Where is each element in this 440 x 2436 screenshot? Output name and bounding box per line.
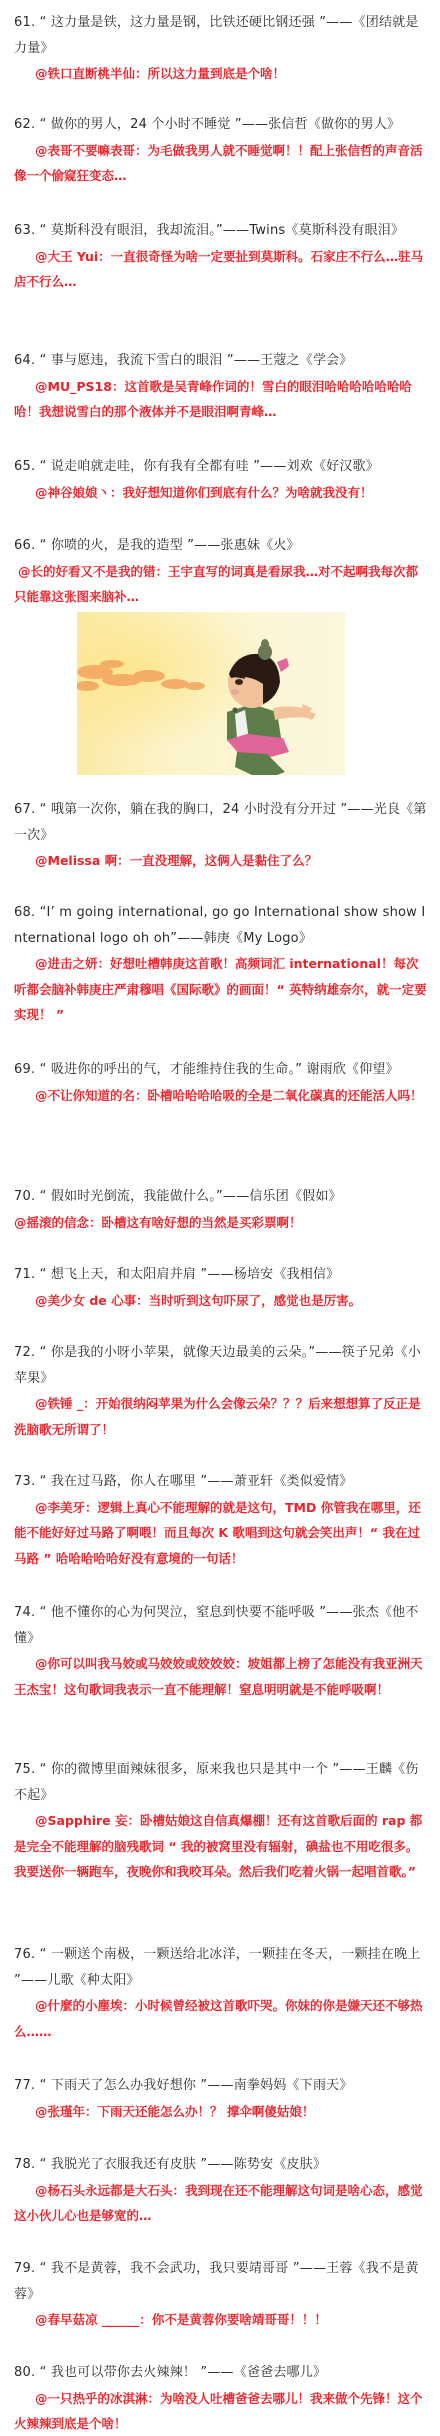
lyric-quote: 76. “ 一颗送个南极，一颗送给北冰洋，一颗挂在冬天，一颗挂在晚上 ”——儿歌… (14, 1942, 430, 1993)
lyric-entry-76: 76. “ 一颗送个南极，一颗送给北冰洋，一颗挂在冬天，一颗挂在晚上 ”——儿歌… (14, 1942, 430, 2044)
quote-text: “ 你是我的小呀小苹果，就像天边最美的云朵。”——筷子兄弟《小苹果》 (14, 1345, 421, 1386)
entry-number: 73. (14, 1474, 35, 1489)
lyric-quote: 72. “ 你是我的小呀小苹果，就像天边最美的云朵。”——筷子兄弟《小苹果》 (14, 1340, 430, 1391)
quote-text: “ 我不是黄蓉，我不会武功，我只要靖哥哥 ”——王蓉《我不是黄蓉》 (14, 2261, 419, 2302)
user-comment: @神谷娘娘丶：我好想知道你们到底有什么？为啥就我没有！ (14, 480, 430, 506)
lyric-entry-70: 70. “ 假如时光倒流，我能做什么。”——信乐团《假如》 @摇滚的信念：卧槽这… (14, 1184, 430, 1235)
user-comment: @铁锤 _：开始很纳闷苹果为什么会像云朵？？？后来想想算了反正是洗脑歌无所谓了！ (14, 1391, 430, 1442)
entry-number: 70. (14, 1189, 35, 1204)
entry-number: 75. (14, 1762, 35, 1777)
quote-text: “ 想飞上天，和太阳肩并肩 ”——杨培安《我相信》 (40, 1267, 340, 1282)
user-comment: @杨石头永远都是大石头：我到现在还不能理解这句词是啥心态，感觉这小伙儿心也是够宽… (14, 2178, 430, 2229)
quote-text: “ 做你的男人，24 个小时不睡觉 ”——张信哲《做你的男人》 (40, 117, 401, 132)
user-comment: @摇滚的信念：卧槽这有啥好想的当然是买彩票啊！ (14, 1210, 430, 1236)
entry-number: 65. (14, 459, 35, 474)
entry-number: 68. (14, 905, 35, 920)
lyric-entry-67: 67. “ 哦第一次你，躺在我的胸口，24 小时没有分开过 ”——光良《第一次》… (14, 797, 430, 874)
entry-number: 66. (14, 538, 35, 553)
quote-text: “ 事与愿违，我流下雪白的眼泪 ”——王蔻之《学会》 (40, 353, 353, 368)
user-comment: @MU_PS18：这首歌是吴青峰作词的！雪白的眼泪哈哈哈哈哈哈哈哈！我想说雪白的… (14, 374, 430, 425)
lyric-quote: 71. “ 想飞上天，和太阳肩并肩 ”——杨培安《我相信》 (14, 1262, 430, 1288)
quote-text: “ 这力量是铁，这力量是钢，比铁还硬比钢还强 ”——《团结就是力量》 (14, 15, 419, 56)
lyric-entry-65: 65. “ 说走咱就走哇，你有我有全都有哇 ”——刘欢《好汉歌》 @神谷娘娘丶：… (14, 454, 430, 505)
lyric-quote: 74. “ 他不懂你的心为何哭泣，窒息到快要不能呼吸 ”——张杰《他不懂》 (14, 1600, 430, 1651)
lyric-entry-66: 66. “ 你喷的火，是我的造型 ”——张惠妹《火》 @长的好看又不是我的错：王… (14, 533, 430, 610)
lyric-quote: 62. “ 做你的男人，24 个小时不睡觉 ”——张信哲《做你的男人》 (14, 112, 430, 138)
lyric-quote: 75. “ 你的微博里面辣妹很多，原来我也只是其中一个 ”——王麟《伤不起》 (14, 1757, 430, 1808)
quote-text: “I’ m going international, go go Interna… (14, 905, 425, 946)
quote-text: “ 说走咱就走哇，你有我有全都有哇 ”——刘欢《好汉歌》 (40, 459, 379, 474)
entry-number: 79. (14, 2261, 35, 2276)
entry-number: 62. (14, 117, 35, 132)
lyric-entry-68: 68. “I’ m going international, go go Int… (14, 900, 430, 1028)
lyric-quote: 80. “ 我也可以带你去火辣辣！ ”——《爸爸去哪儿》 (14, 2360, 430, 2386)
user-comment: @长的好看又不是我的错：王宇直写的词真是看尿我…对不起啊我每次都只能靠这张图来脑… (14, 559, 430, 610)
entry-number: 77. (14, 2078, 35, 2093)
entry-number: 74. (14, 1605, 35, 1620)
lyric-quote: 65. “ 说走咱就走哇，你有我有全都有哇 ”——刘欢《好汉歌》 (14, 454, 430, 480)
lyric-entry-74: 74. “ 他不懂你的心为何哭泣，窒息到快要不能呼吸 ”——张杰《他不懂》 @你… (14, 1600, 430, 1702)
lyric-entry-64: 64. “ 事与愿违，我流下雪白的眼泪 ”——王蔻之《学会》 @MU_PS18：… (14, 348, 430, 425)
lyric-entry-75: 75. “ 你的微博里面辣妹很多，原来我也只是其中一个 ”——王麟《伤不起》 @… (14, 1757, 430, 1885)
entry-number: 78. (14, 2157, 35, 2172)
lyric-quote: 78. “ 我脱光了衣服我还有皮肤 ”——陈势安《皮肤》 (14, 2152, 430, 2178)
lyric-entry-80: 80. “ 我也可以带你去火辣辣！ ”——《爸爸去哪儿》 @一只热乎的冰淇淋：为… (14, 2360, 430, 2436)
lyric-quote: 63. “ 莫斯科没有眼泪，我却流泪。”——Twins《莫斯科没有眼泪》 (14, 218, 430, 244)
quote-text: “ 下雨天了怎么办我好想你 ”——南拳妈妈《下雨天》 (40, 2078, 353, 2093)
lyric-entry-77: 77. “ 下雨天了怎么办我好想你 ”——南拳妈妈《下雨天》 @张瑾年：下雨天还… (14, 2073, 430, 2124)
calabash-brother-fire-image (77, 612, 345, 775)
lyric-entry-63: 63. “ 莫斯科没有眼泪，我却流泪。”——Twins《莫斯科没有眼泪》 @大王… (14, 218, 430, 295)
lyric-entry-61: 61. “ 这力量是铁，这力量是钢，比铁还硬比钢还强 ”——《团结就是力量》 @… (14, 10, 430, 87)
lyric-quote: 77. “ 下雨天了怎么办我好想你 ”——南拳妈妈《下雨天》 (14, 2073, 430, 2099)
lyric-entry-69: 69. “ 吸进你的呼出的气，才能维持住我的生命。” 谢雨欣《仰望》 @不让你知… (14, 1057, 430, 1108)
entry-number: 67. (14, 802, 35, 817)
lyric-quote: 70. “ 假如时光倒流，我能做什么。”——信乐团《假如》 (14, 1184, 430, 1210)
lyric-quote: 67. “ 哦第一次你，躺在我的胸口，24 小时没有分开过 ”——光良《第一次》 (14, 797, 430, 848)
quote-text: “ 莫斯科没有眼泪，我却流泪。”——Twins《莫斯科没有眼泪》 (40, 223, 405, 238)
cartoon-illustration (77, 612, 345, 775)
quote-text: “ 哦第一次你，躺在我的胸口，24 小时没有分开过 ”——光良《第一次》 (14, 802, 427, 843)
user-comment: @进击之妍：好想吐槽韩庚这首歌！高频词汇 international！每次听都会… (14, 951, 430, 1028)
lyric-entry-73: 73. “ 我在过马路，你人在哪里 ”——萧亚轩《类似爱情》 @李美牙：逻辑上真… (14, 1469, 430, 1571)
entry-number: 80. (14, 2365, 35, 2380)
entry-number: 63. (14, 223, 35, 238)
lyric-quote: 61. “ 这力量是铁，这力量是钢，比铁还硬比钢还强 ”——《团结就是力量》 (14, 10, 430, 61)
lyric-quote: 66. “ 你喷的火，是我的造型 ”——张惠妹《火》 (14, 533, 430, 559)
lyric-quote: 73. “ 我在过马路，你人在哪里 ”——萧亚轩《类似爱情》 (14, 1469, 430, 1495)
user-comment: @李美牙：逻辑上真心不能理解的就是这句，TMD 你管我在哪里，还能不能好好过马路… (14, 1495, 430, 1572)
lyric-entry-78: 78. “ 我脱光了衣服我还有皮肤 ”——陈势安《皮肤》 @杨石头永远都是大石头… (14, 2152, 430, 2229)
entry-number: 72. (14, 1345, 35, 1360)
user-comment: @什麼的小塵埃：小时候曾经被这首歌吓哭。你妹的你是嫌天还不够热么…… (14, 1993, 430, 2044)
user-comment: @Sapphire 妄：卧槽姑娘这自信真爆棚！还有这首歌后面的 rap 都是完全… (14, 1808, 430, 1885)
entry-number: 61. (14, 15, 35, 30)
quote-text: “ 他不懂你的心为何哭泣，窒息到快要不能呼吸 ”——张杰《他不懂》 (14, 1605, 419, 1646)
user-comment: @表哥不要嘛表哥：为毛做我男人就不睡觉啊！！配上张信哲的声音活像一个偷窥狂变态… (14, 138, 430, 189)
user-comment: @你可以叫我马姣或马姣姣或姣姣姣：坡姐都上榜了怎能没有我亚洲天王杰宝！这句歌词我… (14, 1651, 430, 1702)
quote-text: “ 一颗送个南极，一颗送给北冰洋，一颗挂在冬天，一颗挂在晚上 ”——儿歌《种太阳… (14, 1947, 421, 1988)
user-comment: @铁口直断桃半仙：所以这力量到底是个啥！ (14, 61, 430, 87)
user-comment: @一只热乎的冰淇淋：为啥没人吐槽爸爸去哪儿！我来做个先锋！这个火辣辣到底是个啥！ (14, 2386, 430, 2436)
user-comment: @春早菇凉 ______：你不是黄蓉你要啥靖哥哥！！！ (14, 2307, 430, 2333)
user-comment: @美少女 de 心事：当时听到这句吓尿了，感觉也是厉害。 (14, 1288, 430, 1314)
entry-number: 71. (14, 1267, 35, 1282)
quote-text: “ 你喷的火，是我的造型 ”——张惠妹《火》 (40, 538, 300, 553)
entry-number: 64. (14, 353, 35, 368)
entry-number: 69. (14, 1062, 35, 1077)
lyric-quote: 68. “I’ m going international, go go Int… (14, 900, 430, 951)
quote-text: “ 我在过马路，你人在哪里 ”——萧亚轩《类似爱情》 (40, 1474, 353, 1489)
lyric-quote: 64. “ 事与愿违，我流下雪白的眼泪 ”——王蔻之《学会》 (14, 348, 430, 374)
entry-number: 76. (14, 1947, 35, 1962)
user-comment: @张瑾年：下雨天还能怎么办！？ 撑伞啊傻姑娘！ (14, 2099, 430, 2125)
lyric-quote: 69. “ 吸进你的呼出的气，才能维持住我的生命。” 谢雨欣《仰望》 (14, 1057, 430, 1083)
user-comment: @大王 Yui：一直很奇怪为啥一定要扯到莫斯科。石家庄不行么…驻马店不行么… (14, 244, 430, 295)
lyric-quote: 79. “ 我不是黄蓉，我不会武功，我只要靖哥哥 ”——王蓉《我不是黄蓉》 (14, 2256, 430, 2307)
lyric-entry-62: 62. “ 做你的男人，24 个小时不睡觉 ”——张信哲《做你的男人》 @表哥不… (14, 112, 430, 189)
lyric-entry-72: 72. “ 你是我的小呀小苹果，就像天边最美的云朵。”——筷子兄弟《小苹果》 @… (14, 1340, 430, 1442)
lyric-entry-71: 71. “ 想飞上天，和太阳肩并肩 ”——杨培安《我相信》 @美少女 de 心事… (14, 1262, 430, 1313)
quote-text: “ 我也可以带你去火辣辣！ ”——《爸爸去哪儿》 (40, 2365, 327, 2380)
quote-text: “ 我脱光了衣服我还有皮肤 ”——陈势安《皮肤》 (40, 2157, 327, 2172)
lyric-entry-79: 79. “ 我不是黄蓉，我不会武功，我只要靖哥哥 ”——王蓉《我不是黄蓉》 @春… (14, 2256, 430, 2333)
quote-text: “ 你的微博里面辣妹很多，原来我也只是其中一个 ”——王麟《伤不起》 (14, 1762, 419, 1803)
user-comment: @不让你知道的名：卧槽哈哈哈哈吸的全是二氧化碳真的还能活人吗！ (14, 1083, 430, 1109)
quote-text: “ 假如时光倒流，我能做什么。”——信乐团《假如》 (40, 1189, 342, 1204)
quote-text: “ 吸进你的呼出的气，才能维持住我的生命。” 谢雨欣《仰望》 (40, 1062, 399, 1077)
user-comment: @Melissa 啊：一直没理解，这俩人是黏住了么？ (14, 848, 430, 874)
